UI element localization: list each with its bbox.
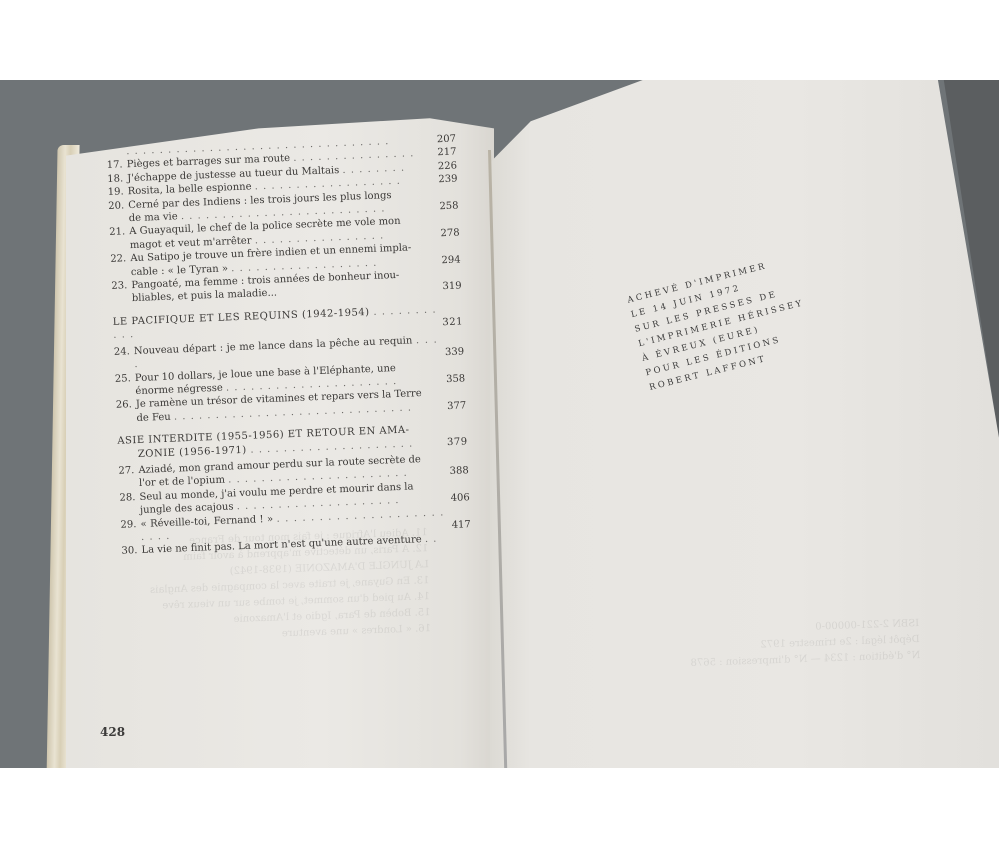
toc-number: 21. bbox=[109, 226, 129, 240]
toc-number: 30. bbox=[121, 544, 141, 558]
toc-page-number: 339 bbox=[438, 346, 464, 360]
toc-number: 23. bbox=[111, 279, 131, 293]
page-folio-number: 428 bbox=[100, 725, 125, 739]
toc-number: 29. bbox=[120, 518, 140, 532]
toc-page-number: 406 bbox=[444, 491, 470, 505]
toc-page-number: 377 bbox=[440, 399, 466, 413]
section-title: LE PACIFIQUE ET LES REQUINS (1942-1954) bbox=[113, 307, 370, 328]
bleed-through-text-right: ISBN 2-221-00000-0Dépôt légal : 2e trime… bbox=[689, 616, 920, 672]
toc-number: 17. bbox=[107, 159, 127, 173]
toc-page-number: 239 bbox=[431, 173, 457, 187]
toc-number: 22. bbox=[110, 252, 130, 266]
toc-number: 20. bbox=[108, 199, 128, 213]
toc-page-number: 417 bbox=[445, 518, 471, 532]
toc-number: 24. bbox=[114, 345, 134, 359]
toc-page-number: 226 bbox=[431, 159, 457, 173]
table-of-contents: . . . . . . . . . . . . . . . . . . . . … bbox=[106, 133, 472, 559]
toc-number: 28. bbox=[119, 491, 139, 505]
toc-number: 26. bbox=[116, 398, 136, 412]
toc-number: 19. bbox=[108, 185, 128, 199]
toc-title: « Réveille-toi, Fernand ! » bbox=[140, 513, 273, 529]
toc-page-number: 319 bbox=[435, 280, 461, 294]
toc-title-line: de ma vie bbox=[129, 211, 178, 224]
toc-page-number: 388 bbox=[443, 465, 469, 479]
toc-title-line: de Feu bbox=[136, 411, 171, 423]
toc-page-number: 258 bbox=[432, 200, 458, 214]
section-title-line: ZONIE (1956-1971) bbox=[138, 444, 247, 459]
toc-page-number: 321 bbox=[437, 316, 463, 330]
toc-page-number: 379 bbox=[441, 435, 467, 449]
toc-number: 18. bbox=[107, 172, 127, 186]
toc-number: 27. bbox=[118, 464, 138, 478]
toc-number: 25. bbox=[115, 372, 135, 386]
toc-page-number: 278 bbox=[433, 226, 459, 240]
toc-page-number: 294 bbox=[434, 253, 460, 267]
toc-page-number: 217 bbox=[430, 146, 456, 160]
book-photo: 11. Adieu l'Afrique : je fais mon tour d… bbox=[0, 80, 999, 768]
toc-page-number: 207 bbox=[430, 133, 456, 147]
toc-page-number: 358 bbox=[439, 372, 465, 386]
